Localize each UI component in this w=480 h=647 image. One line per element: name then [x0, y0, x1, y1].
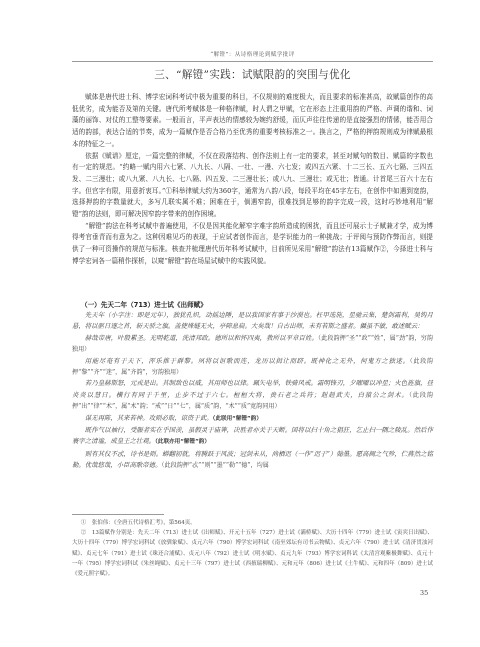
- header-rule: [72, 61, 433, 62]
- body-text: 赋体是唐代进士科、博学宏词科考试中极为重要的科目，不仅规则的难度极大，而且要求的…: [72, 92, 433, 268]
- quote-text: 既作气以袖行，受脤者实在乎国羡，虽假灵于庙筭，决胜者亦关于天断。国将以扫十角之猖…: [72, 426, 433, 445]
- quote-paragraph: 若乃皇赫斯怒，元戎是出。其制敌也以威，其用师也以律。珮矢电举，铁骑风戒。霜明锋刃…: [72, 378, 433, 412]
- quoted-fu-text: 先天年（小字注：即是元年），独犹孔炽，动摇边陲，是以我国家有事于沙漠也。枉甲选旄…: [72, 310, 433, 472]
- footnote: ② 13篇赋作分别是：先天二年（713）进士试《出师赋》、开元十五年（727）进…: [72, 528, 433, 579]
- quote-paragraph: 既作气以袖行，受脤者实在乎国羡，虽假灵于庙筭，决胜者亦关于天断。国将以扫十角之猖…: [72, 425, 433, 449]
- footnote-rule: [72, 514, 164, 515]
- quote-text: 谋无再陈，其来若神。攻则必取，谅资于武。: [85, 414, 213, 422]
- jiedeng-note: （此联亦用“解镫”韵）: [155, 439, 210, 445]
- quote-paragraph: 赫哉帝唐，叶殷累圣。光明乾道，洗清邦政。德所以和怀四夷，教所以平章百姓。（此段韵…: [72, 333, 433, 356]
- paragraph: 赋体是唐代进士科、博学宏词科考试中极为重要的科目，不仅规则的难度极大，而且要求的…: [72, 92, 433, 151]
- page-number: 35: [420, 589, 428, 597]
- quote-text: 先天年（小字注：即是元年），独犹孔炽，动摇边陲，是以我国家有事于沙漠也。枉甲选旄…: [72, 311, 433, 330]
- section-title: 三、“解镫”实践：试赋限韵的突围与优化: [72, 67, 433, 82]
- footnotes: ① 张伯伟：《全唐五代诗格汇考》，第564页。 ② 13篇赋作分别是：先天二年（…: [72, 518, 433, 579]
- quote-paragraph: 则有其仪不忒，诗书是则。蟒翻初就，将腾跃于风波；冠剑未从，尚栖迟（一作“迟于”）…: [72, 449, 433, 472]
- quote-text: 若乃皇赫斯怒，元戎是出。其制敌也以威，其用师也以律。珮矢电举，铁骑风戒。霜明锋刃…: [72, 379, 433, 398]
- paragraph: “解镫”韵法在科考试赋中普遍使用，不仅是因其能化解窄字难字韵所造成的困扰，而且还…: [72, 221, 433, 268]
- footnote: ① 张伯伟：《全唐五代诗格汇考》，第564页。: [72, 518, 433, 528]
- quote-text: 赫哉帝唐，叶殷累圣。光明乾道，洗清邦政。德所以和怀四夷，教所以平章百姓。: [85, 334, 318, 342]
- quote-text: 用能尽奄有于天下，浑乐推于群黎。夙将以讴歌而连，龙历以揖让而跻。既神化之无外，何…: [85, 357, 410, 365]
- subsection-heading: （一）先天二年（713）进士试《出师赋》: [81, 299, 207, 309]
- quote-paragraph: 用能尽奄有于天下，浑乐推于群黎。夙将以讴歌而连，龙历以揖让而跻。既神化之无外，何…: [72, 356, 433, 379]
- rhyme-note: （此段韵押“忒”“则”“墨”“勒”“德”，均属: [161, 462, 268, 469]
- paragraph: 依据《赋谱》厘定，一篇完整的律赋，不仅在段落结构、创作法则上有一定的要求，甚至对…: [72, 151, 433, 221]
- quote-paragraph: 谋无再陈，其来若神。攻则必取，谅资于武。（此联用“解镫”韵）: [72, 413, 433, 425]
- running-head: “解镫”：从诗格理论到赋学批评: [72, 50, 433, 58]
- quote-paragraph: 先天年（小字注：即是元年），独犹孔炽，动摇边陲，是以我国家有事于沙漠也。枉甲选旄…: [72, 310, 433, 333]
- jiedeng-note: （此联用“解镫”韵）: [213, 416, 262, 422]
